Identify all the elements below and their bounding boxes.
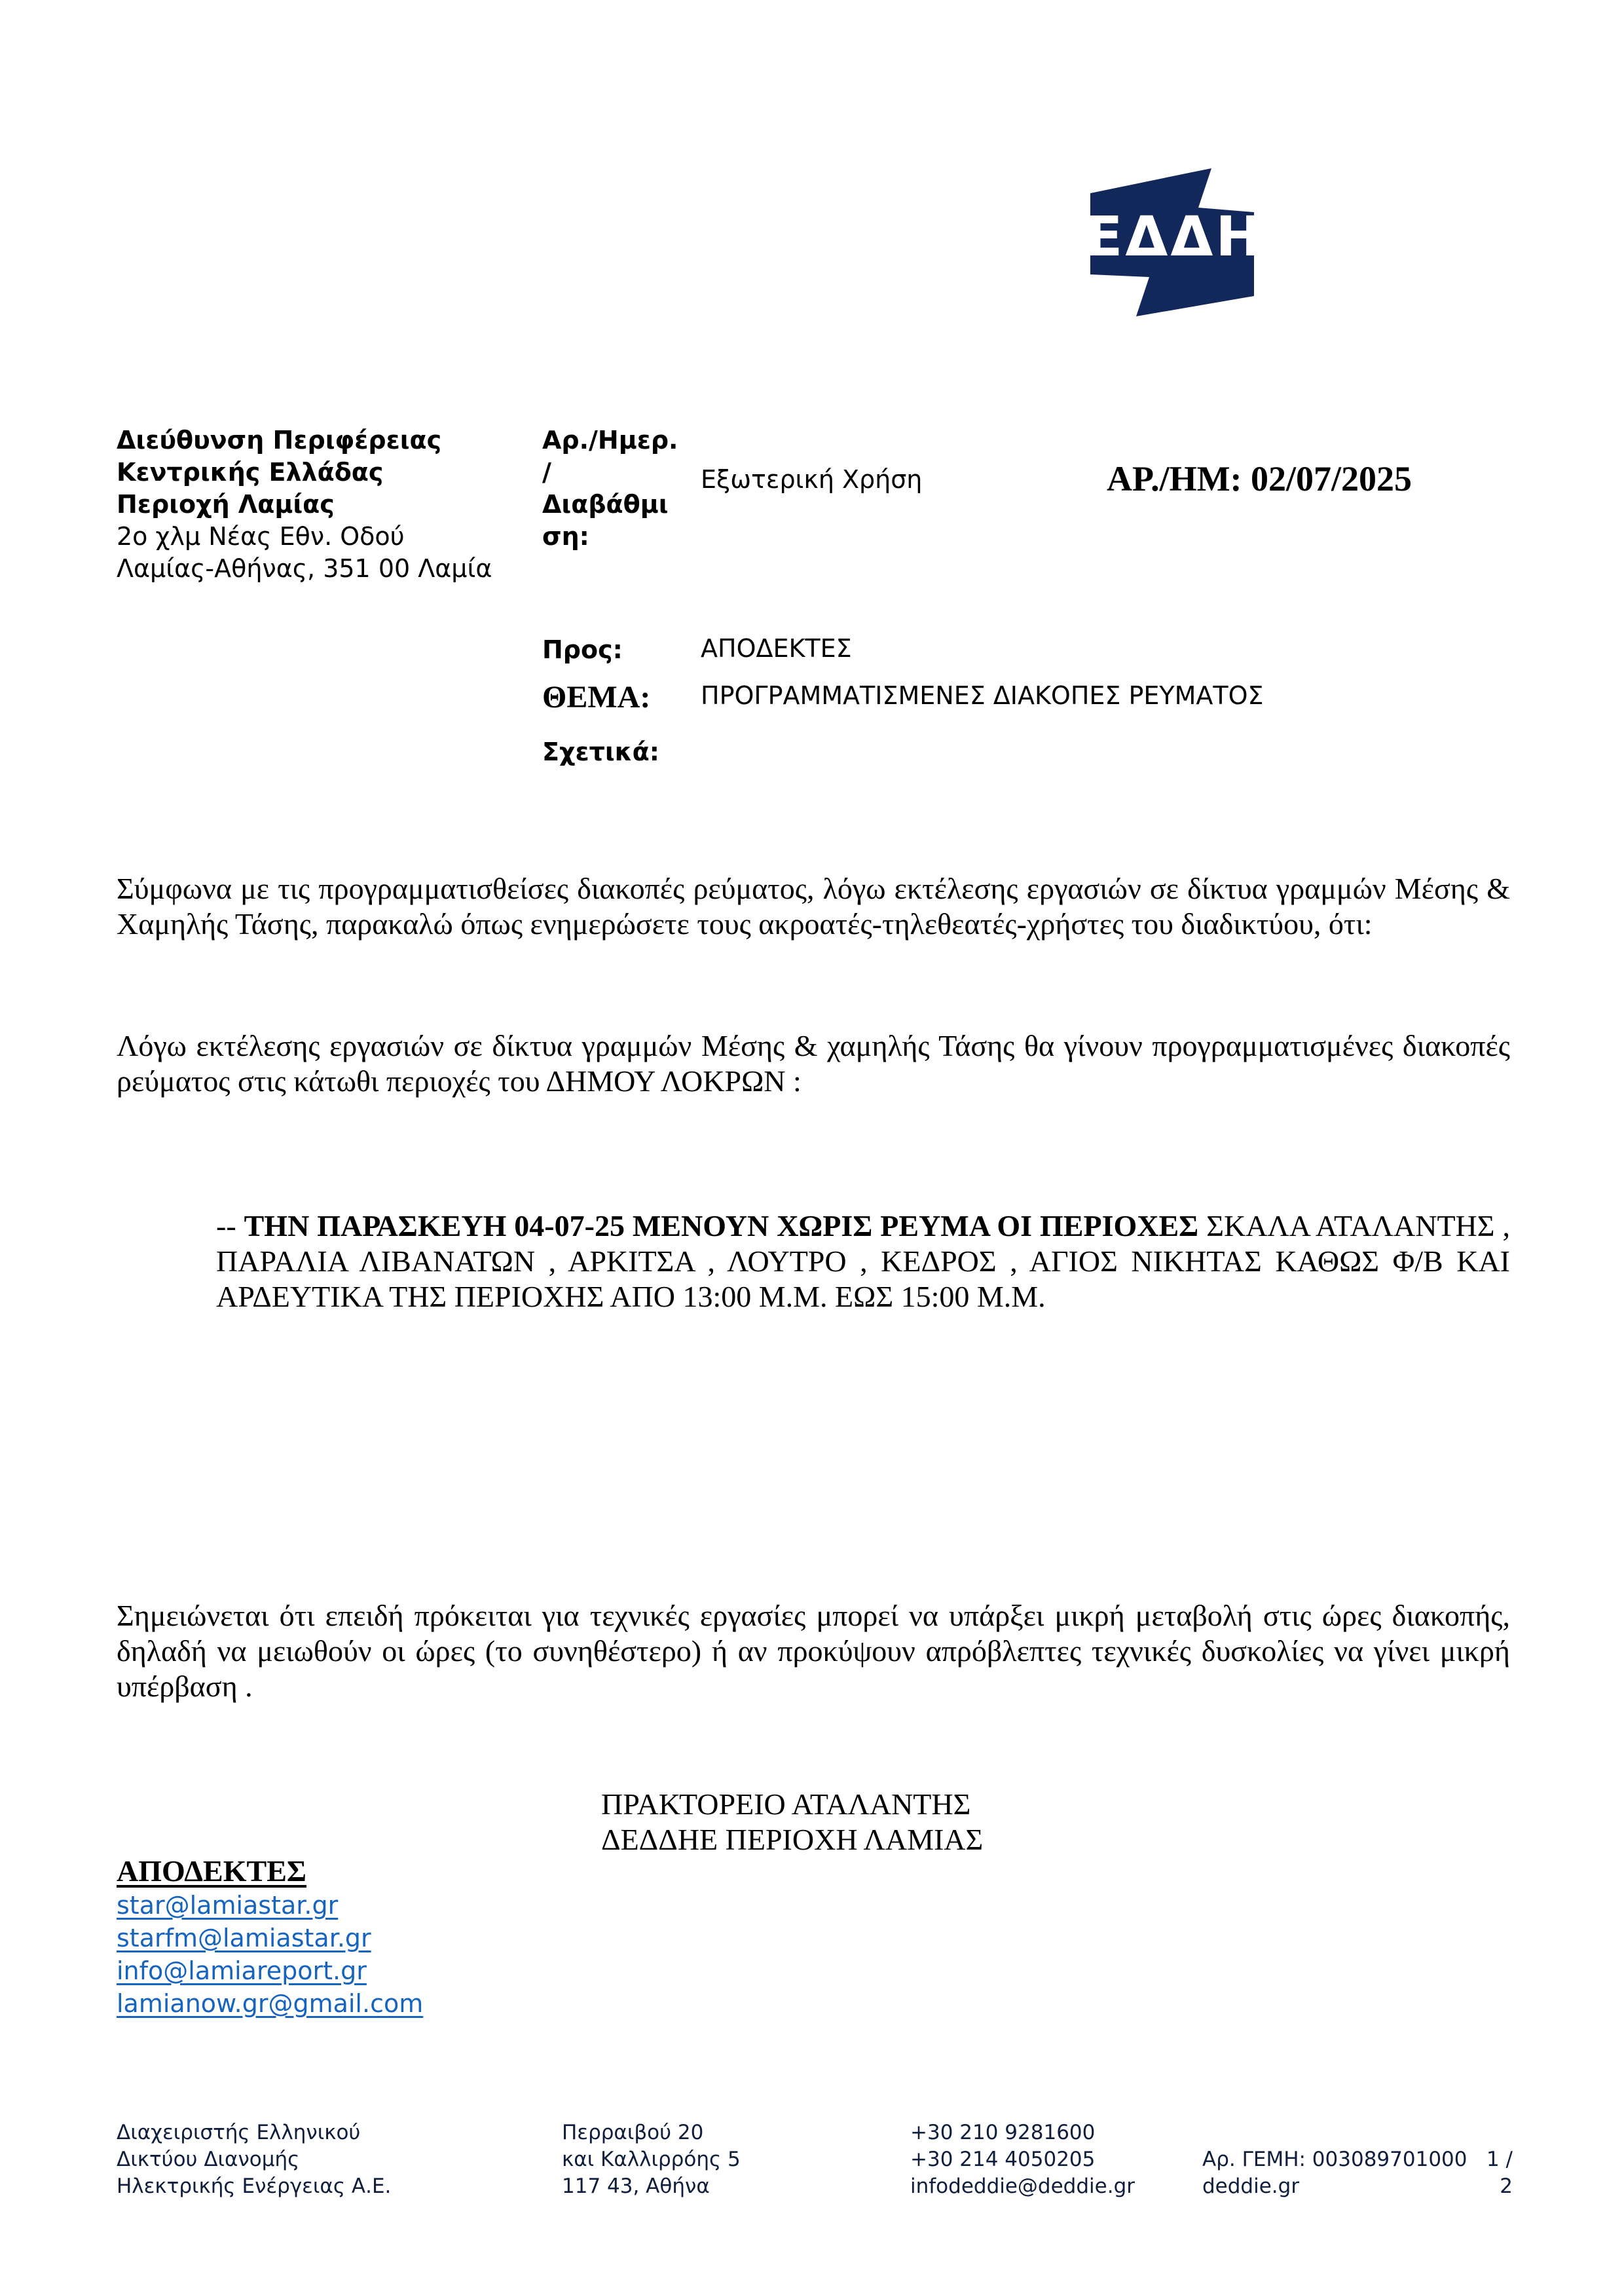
notice-date-heading: ΤΗΝ ΠΑΡΑΣΚΕΥΗ 04-07-25 ΜΕΝΟΥΝ ΧΩΡΙΣ ΡΕΥΜ… <box>244 1209 1199 1242</box>
footer-gemi: Αρ. ΓΕΜΗ: 003089701000 <box>1202 2146 1467 2173</box>
footer-company: Διαχειριστής Ελληνικού Δικτύου Διανομής … <box>117 2119 391 2200</box>
footer-line: 117 43, Αθήνα <box>562 2173 741 2200</box>
footer-contact: +30 210 9281600 +30 214 4050205 infodedd… <box>910 2119 1135 2200</box>
sender-address: Διεύθυνση Περιφέρειας Κεντρικής Ελλάδας … <box>117 424 536 585</box>
footer-website: deddie.gr <box>1202 2173 1467 2200</box>
notice-prefix: -- <box>216 1209 244 1242</box>
footer-phone: +30 210 9281600 <box>910 2119 1135 2146</box>
footer-phone: +30 214 4050205 <box>910 2146 1135 2173</box>
footer-line: και Καλλιρρόης 5 <box>562 2146 741 2173</box>
footer-registry: Αρ. ΓΕΜΗ: 003089701000 deddie.gr <box>1202 2146 1467 2200</box>
signature-line: ΔΕΔΔΗΕ ΠΕΡΙΟΧΗ ΛΑΜΙΑΣ <box>601 1822 983 1857</box>
sender-line: 2ο χλμ Νέας Εθν. Οδού <box>117 521 536 553</box>
recipient-email-link[interactable]: star@lamiastar.gr <box>117 1889 423 1922</box>
sender-line: Περιοχή Λαμίας <box>117 489 536 521</box>
label-line: ση: <box>542 521 640 553</box>
logo-text: ΔΕΔΔΗΕ <box>1087 204 1304 269</box>
to-value: ΑΠΟΔΕΚΤΕΣ <box>701 634 852 663</box>
footer-email: infodeddie@deddie.gr <box>910 2173 1135 2200</box>
recipient-email-link[interactable]: info@lamiareport.gr <box>117 1954 423 1987</box>
label-line: Αρ./Ημερ. <box>542 424 640 457</box>
to-label: Προς: <box>542 634 623 666</box>
ref-classification-label: Αρ./Ημερ. / Διαβάθμι ση: <box>542 424 640 553</box>
recipients-list: ΑΠΟΔΕΚΤΕΣ star@lamiastar.gr starfm@lamia… <box>117 1854 423 2020</box>
outage-notice: -- ΤΗΝ ΠΑΡΑΣΚΕΥΗ 04-07-25 ΜΕΝΟΥΝ ΧΩΡΙΣ Ρ… <box>216 1208 1510 1315</box>
work-paragraph: Λόγω εκτέλεσης εργασιών σε δίκτυα γραμμώ… <box>117 1028 1510 1099</box>
subject-label: ΘΕΜΑ: <box>542 681 650 713</box>
intro-paragraph: Σύμφωνα με τις προγραμματισθείσες διακοπ… <box>117 871 1510 942</box>
deddie-logo: ΔΕΔΔΗΕ <box>1087 147 1362 331</box>
sender-line: Διεύθυνση Περιφέρειας <box>117 424 536 457</box>
signature: ΠΡΑΚΤΟΡΕΙΟ ΑΤΑΛΑΝΤΗΣ ΔΕΔΔΗΕ ΠΕΡΙΟΧΗ ΛΑΜΙ… <box>601 1787 983 1857</box>
footer-line: Δικτύου Διανομής <box>117 2146 391 2173</box>
disclaimer-paragraph: Σημειώνεται ότι επειδή πρόκειται για τεχ… <box>117 1598 1510 1704</box>
page-number: 1 / 2 <box>1473 2146 1513 2200</box>
page-number-line: 1 / <box>1473 2146 1513 2173</box>
footer-line: Διαχειριστής Ελληνικού <box>117 2119 391 2146</box>
classification-value: Εξωτερική Χρήση <box>701 465 922 494</box>
recipient-email-link[interactable]: lamianow.gr@gmail.com <box>117 1987 423 2020</box>
label-line: / <box>542 457 640 489</box>
reference-date: ΑΡ./ΗΜ: 02/07/2025 <box>1107 458 1412 499</box>
signature-line: ΠΡΑΚΤΟΡΕΙΟ ΑΤΑΛΑΝΤΗΣ <box>601 1787 983 1822</box>
recipients-title: ΑΠΟΔΕΚΤΕΣ <box>117 1854 423 1889</box>
related-label: Σχετικά: <box>542 736 659 768</box>
footer-line: Περραιβού 20 <box>562 2119 741 2146</box>
subject-value: ΠΡΟΓΡΑΜΜΑΤΙΣΜΕΝΕΣ ΔΙΑΚΟΠΕΣ ΡΕΥΜΑΤΟΣ <box>701 681 1264 710</box>
sender-line: Λαμίας-Αθήνας, 351 00 Λαμία <box>117 553 536 585</box>
footer-line: Ηλεκτρικής Ενέργειας Α.Ε. <box>117 2173 391 2200</box>
recipient-email-link[interactable]: starfm@lamiastar.gr <box>117 1922 423 1954</box>
footer-address: Περραιβού 20 και Καλλιρρόης 5 117 43, Αθ… <box>562 2119 741 2200</box>
label-line: Διαβάθμι <box>542 489 640 521</box>
page-number-line: 2 <box>1473 2173 1513 2200</box>
sender-line: Κεντρικής Ελλάδας <box>117 457 536 489</box>
